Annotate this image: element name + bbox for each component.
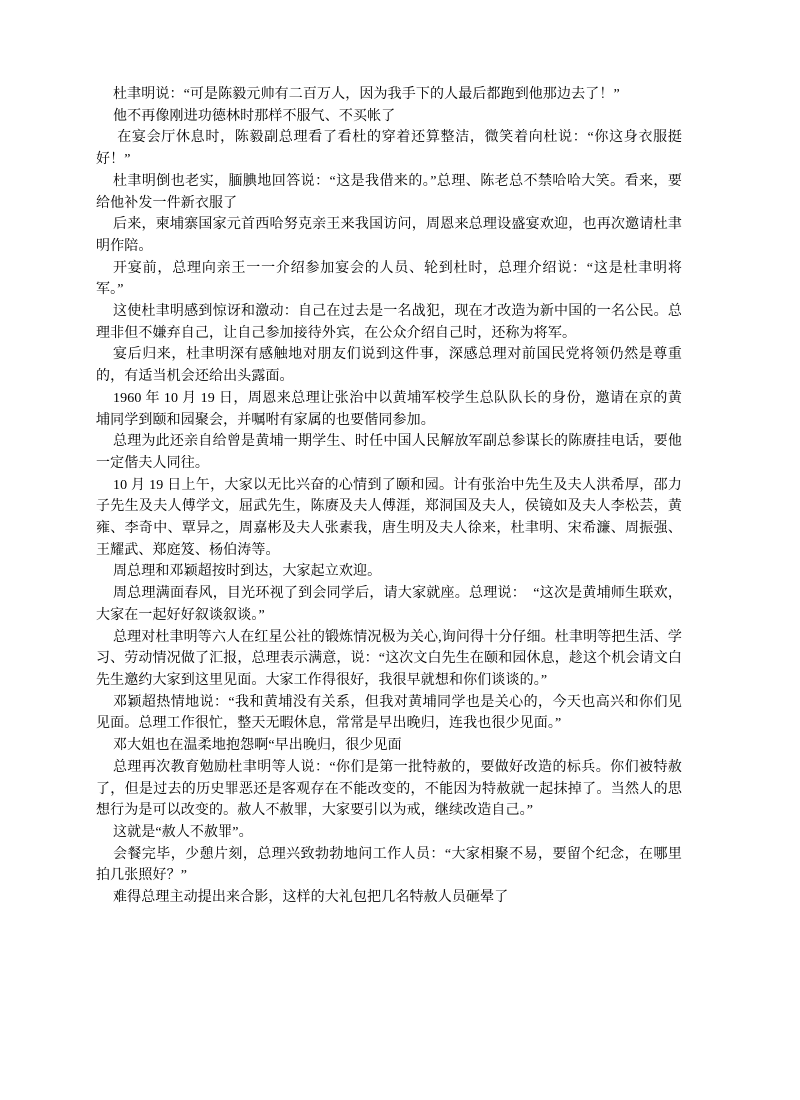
paragraph: 会餐完毕，少憩片刻，总理兴致勃勃地问工作人员：“大家相聚不易，要留个纪念，在哪里… <box>96 844 682 887</box>
paragraph: 杜聿明倒也老实，腼腆地回答说：“这是我借来的。”总理、陈老总不禁哈哈大笑。看来，… <box>96 171 682 214</box>
document-page: 杜聿明说：“可是陈毅元帅有二百万人，因为我手下的人最后都跑到他那边去了！” 他不… <box>0 0 800 1100</box>
paragraph: 10 月 19 日上午，大家以无比兴奋的心情到了颐和园。计有张治中先生及夫人洪希… <box>96 475 682 562</box>
paragraph: 周总理满面春风，目光环视了到会同学后，请大家就座。总理说： “这次是黄埔师生联欢… <box>96 583 682 626</box>
paragraph: 周总理和邓颖超按时到达，大家起立欢迎。 <box>96 561 682 583</box>
paragraph: 难得总理主动提出来合影，这样的大礼包把几名特赦人员砸晕了 <box>96 887 682 909</box>
paragraph: 后来，柬埔寨国家元首西哈努克亲王来我国访问，周恩来总理设盛宴欢迎，也再次邀请杜聿… <box>96 214 682 257</box>
paragraph: 1960 年 10 月 19 日，周恩来总理让张治中以黄埔军校学生总队队长的身份… <box>96 388 682 431</box>
paragraph: 总理对杜聿明等六人在红星公社的锻炼情况极为关心,询问得十分仔细。杜聿明等把生活、… <box>96 627 682 692</box>
paragraph: 开宴前，总理向亲王一一介绍参加宴会的人员、轮到杜时，总理介绍说：“这是杜聿明将军… <box>96 258 682 301</box>
paragraph: 总理再次教育勉励杜聿明等人说：“你们是第一批特赦的，要做好改造的标兵。你们被特赦… <box>96 757 682 822</box>
paragraph: 邓颖超热情地说：“我和黄埔没有关系，但我对黄埔同学也是关心的，今天也高兴和你们见… <box>96 692 682 735</box>
paragraph: 邓大姐也在温柔地抱怨啊“早出晚归，很少见面 <box>96 735 682 757</box>
document-text-block: 杜聿明说：“可是陈毅元帅有二百万人，因为我手下的人最后都跑到他那边去了！” 他不… <box>96 84 682 909</box>
paragraph: 杜聿明说：“可是陈毅元帅有二百万人，因为我手下的人最后都跑到他那边去了！” <box>96 84 682 106</box>
paragraph: 宴后归来，杜聿明深有感触地对朋友们说到这件事，深感总理对前国民党将领仍然是尊重的… <box>96 344 682 387</box>
paragraph: 这就是“赦人不赦罪”。 <box>96 822 682 844</box>
paragraph: 总理为此还亲自给曾是黄埔一期学生、时任中国人民解放军副总参谋长的陈赓挂电话，要他… <box>96 431 682 474</box>
paragraph: 这使杜聿明感到惊讶和激动：自己在过去是一名战犯，现在才改造为新中国的一名公民。总… <box>96 301 682 344</box>
paragraph: 在宴会厅休息时，陈毅副总理看了看杜的穿着还算整洁，微笑着向杜说：“你这身衣服挺好… <box>96 127 682 170</box>
paragraph: 他不再像刚进功德林时那样不服气、不买帐了 <box>96 106 682 128</box>
